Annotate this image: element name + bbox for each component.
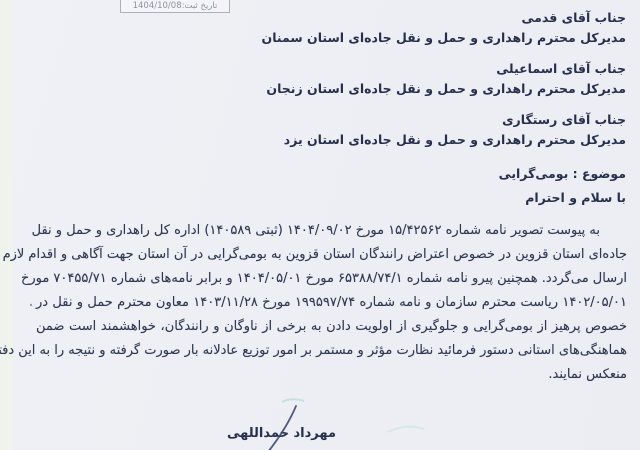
- recipient-block: جناب آقای رستگاری مدیرکل محترم راهداری و…: [30, 110, 626, 150]
- body-line: ۱۴۰۲/۰۵/۰۱ ریاست محترم سازمان و نامه شما…: [36, 291, 627, 315]
- recipient-title: مدیرکل محترم راهداری و حمل و نقل جاده‌ای…: [30, 79, 626, 99]
- recipient-name: جناب آقای قدمی: [30, 8, 626, 28]
- scan-edge-strip: [0, 0, 13, 450]
- recipient-name: جناب آقای رستگاری: [30, 110, 626, 130]
- scanned-letter-page: تاریخ ثبت:1404/10/08 جناب آقای قدمی مدیر…: [0, 0, 640, 450]
- salutation: با سلام و احترام: [525, 190, 626, 205]
- body-line: هماهنگی‌های استانی دستور فرمائید نظارت م…: [36, 339, 627, 363]
- pen-dot: [30, 304, 32, 306]
- recipient-title: مدیرکل محترم راهداری و حمل و نقل جاده‌ای…: [30, 28, 626, 48]
- recipient-block: جناب آقای اسماعیلی مدیرکل محترم راهداری …: [30, 59, 626, 99]
- recipient-block: جناب آقای قدمی مدیرکل محترم راهداری و حم…: [30, 8, 626, 48]
- signature-name: مهرداد حمداللهی: [228, 426, 336, 441]
- recipients-block: جناب آقای قدمی مدیرکل محترم راهداری و حم…: [30, 8, 626, 161]
- highlighter-mark: [388, 427, 424, 432]
- subject-line: موضوع : بومی‌گرایی: [499, 166, 626, 181]
- body-line: ارسال می‌گردد. همچنین پیرو نامه شماره ۶۵…: [36, 267, 627, 291]
- body-line: جاده‌ای استان قزوین در خصوص اعتراض رانند…: [36, 243, 627, 267]
- body-paragraph: به پیوست تصویر نامه شماره ۱۵/۴۲۵۶۲ مورخ …: [36, 219, 627, 387]
- highlighter-mark: [282, 399, 304, 402]
- body-line: به پیوست تصویر نامه شماره ۱۵/۴۲۵۶۲ مورخ …: [36, 219, 627, 243]
- body-line: خصوص پرهیز از بومی‌گرایی و جلوگیری از او…: [36, 315, 627, 339]
- body-line: منعکس نمایند.: [36, 363, 627, 387]
- recipient-name: جناب آقای اسماعیلی: [30, 59, 626, 79]
- recipient-title: مدیرکل محترم راهداری و حمل و نقل جاده‌ای…: [30, 130, 626, 150]
